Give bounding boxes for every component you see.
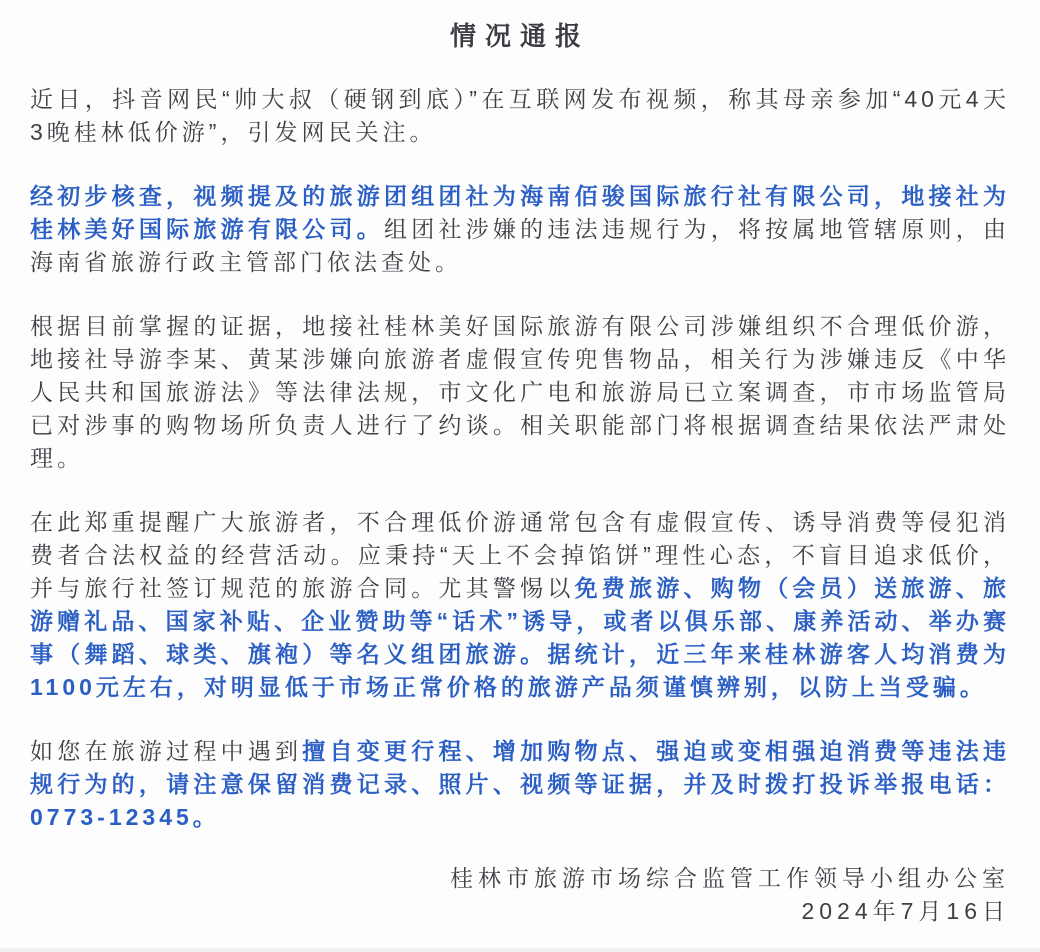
- notice-document: 情况通报 近日，抖音网民“帅大叔（硬钢到底）”在互联网发布视频，称其母亲参加“4…: [0, 0, 1040, 928]
- text-segment: 如您在旅游过程中遇到: [30, 738, 302, 764]
- signature: 桂林市旅游市场综合监管工作领导小组办公室: [30, 862, 1010, 895]
- text-segment: 近日，抖音网民“帅大叔（硬钢到底）”在互联网发布视频，称其母亲参加“40元4天3…: [30, 86, 1010, 145]
- bottom-edge-divider: [0, 948, 1040, 952]
- paragraph-verification: 经初步核查，视频提及的旅游团组团社为海南佰骏国际旅行社有限公司，地接社为桂林美好…: [30, 180, 1010, 279]
- paragraph-evidence: 根据目前掌握的证据，地接社桂林美好国际旅游有限公司涉嫌组织不合理低价游，地接社导…: [30, 310, 1010, 475]
- paragraph-intro: 近日，抖音网民“帅大叔（硬钢到底）”在互联网发布视频，称其母亲参加“40元4天3…: [30, 83, 1010, 149]
- notice-page: 情况通报 近日，抖音网民“帅大叔（硬钢到底）”在互联网发布视频，称其母亲参加“4…: [0, 0, 1040, 952]
- paragraph-reminder: 在此郑重提醒广大旅游者，不合理低价游通常包含有虚假宣传、诱导消费等侵犯消费者合法…: [30, 506, 1010, 704]
- date: 2024年7月16日: [30, 895, 1010, 928]
- paragraph-hotline: 如您在旅游过程中遇到擅自变更行程、增加购物点、强迫或变相强迫消费等违法违规行为的…: [30, 735, 1010, 834]
- notice-title: 情况通报: [30, 16, 1010, 52]
- text-segment: 根据目前掌握的证据，地接社桂林美好国际旅游有限公司涉嫌组织不合理低价游，地接社导…: [30, 313, 1010, 471]
